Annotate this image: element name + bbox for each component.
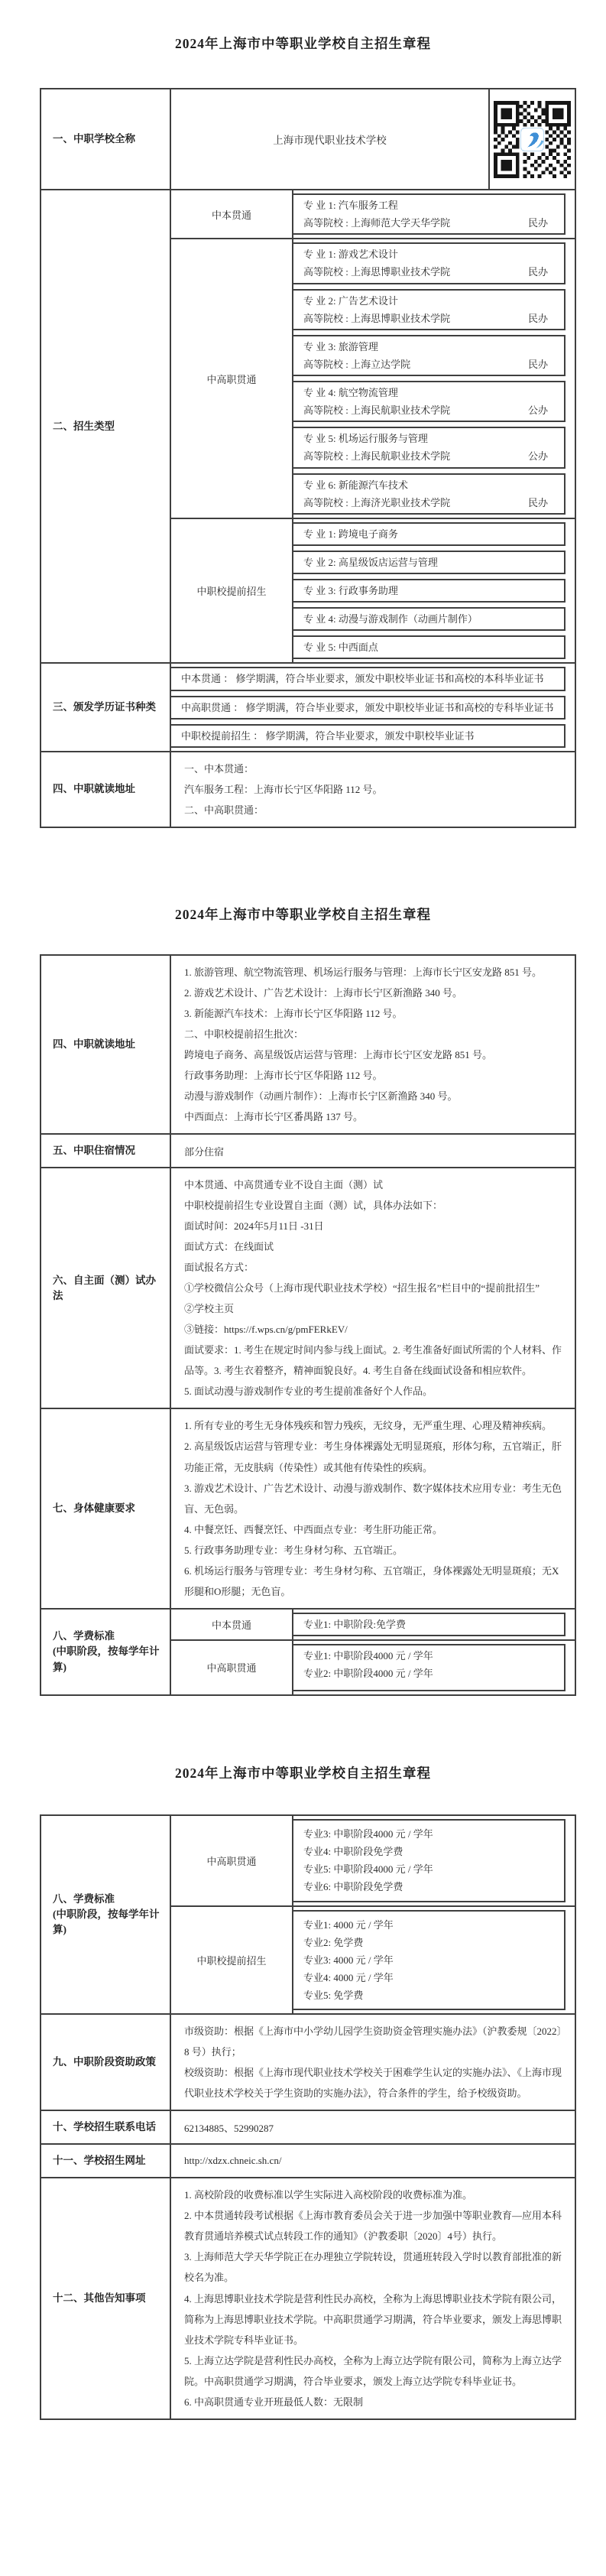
row-phone: 十、学校招生联系电话 62134885、52990287 — [41, 2110, 575, 2143]
interview-line: 中本贯通、中高贯通专业不设自主面（测）试 — [184, 1174, 567, 1195]
major-box: 专 业 1: 游戏艺术设计 高等院校 : 上海思博职业技术学院民办 — [292, 242, 565, 284]
major-box: 专 业 5: 中西面点 — [292, 635, 565, 659]
enrollment-types-label: 二、招生类型 — [41, 190, 171, 662]
tuition-label: 八、学费标准 (中职阶段，按每学年计算) — [41, 1816, 171, 2013]
health-line: 5. 行政事务助理专业：考生身材匀称、五官端正。 — [184, 1540, 567, 1561]
row-address-p1: 四、中职就读地址 一、中本贯通： 汽车服务工程：上海市长宁区华阳路 112 号。… — [41, 751, 575, 827]
group-tiqian: 中职校提前招生 专 业 1: 跨境电子商务 专 业 2: 高星级饭店运营与管理 … — [171, 518, 575, 663]
certificate-box: 中本贯通 ： 修学期满，符合毕业要求，颁发中职校毕业证书和高校的本科毕业证书 — [170, 667, 565, 690]
major-box: 专 业 2: 高星级饭店运营与管理 — [292, 551, 565, 574]
address-line: 2. 游戏艺术设计、广告艺术设计：上海市长宁区新渔路 340 号。 — [184, 983, 567, 1003]
major-box: 专 业 5: 机场运行服务与管理 高等院校 : 上海民航职业技术学院公办 — [292, 427, 565, 468]
group-type-zhongben: 中本贯通 — [171, 190, 293, 238]
certificates-label: 三、颁发学历证书种类 — [41, 664, 171, 750]
address-line: 二、中高职贯通： — [184, 800, 567, 820]
major-box: 专 业 1: 汽车服务工程 高等院校 : 上海师范大学天华学院民办 — [292, 193, 565, 235]
document-title: 2024年上海市中等职业学校自主招生章程 — [0, 34, 606, 53]
address-content-p1: 一、中本贯通： 汽车服务工程：上海市长宁区华阳路 112 号。 二、中高职贯通： — [171, 752, 575, 827]
charter-table-page1: 一、中职学校全称 上海市现代职业技术学校 二、招生类型 中本 — [40, 88, 576, 828]
group-zhongben: 中本贯通 专 业 1: 汽车服务工程 高等院校 : 上海师范大学天华学院民办 — [171, 190, 575, 238]
document-title: 2024年上海市中等职业学校自主招生章程 — [0, 905, 606, 924]
health-requirements-content: 1. 所有专业的考生无身体残疾和智力残疾，无纹身，无严重生理、心理及精神疾病。 … — [171, 1409, 575, 1607]
interview-method-label: 六、自主面（测）试办法 — [41, 1168, 171, 1408]
major-box: 专 业 2: 广告艺术设计 高等院校 : 上海思博职业技术学院民办 — [292, 289, 565, 330]
major-box: 专 业 6: 新能源汽车技术 高等院校 : 上海济光职业技术学院民办 — [292, 473, 565, 515]
interview-line: 5. 面试动漫与游戏制作专业的考生提前准备好个人作品。 — [184, 1381, 567, 1402]
tuition-box: 专业1: 4000 元 / 学年 专业2: 免学费 专业3: 4000 元 / … — [292, 1910, 565, 2011]
admissions-url-link[interactable]: http://xdzx.chneic.sh.cn/ — [171, 2145, 575, 2177]
charter-table-page3: 八、学费标准 (中职阶段，按每学年计算) 中高职贯通 专业3: 中职阶段4000… — [40, 1814, 576, 2420]
interview-line: 中职校提前招生专业设置自主面（测）试，具体办法如下： — [184, 1195, 567, 1216]
row-financial-aid: 九、中职阶段资助政策 市级资助：根据《上海市中小学幼儿园学生资助资金管理实施办法… — [41, 2013, 575, 2110]
other-notices-label: 十二、其他告知事项 — [41, 2178, 171, 2418]
certificate-box: 中职校提前招生 ： 修学期满，符合毕业要求，颁发中职校毕业证书 — [170, 724, 565, 748]
row-enrollment-types: 二、招生类型 中本贯通 专 业 1: 汽车服务工程 高等院校 : 上海师范大学天… — [41, 189, 575, 662]
notice-line: 2. 中本贯通转段考试根据《上海市教育委员会关于进一步加强中等职业教育—应用本科… — [184, 2205, 567, 2246]
certificates-content: 中本贯通 ： 修学期满，符合毕业要求，颁发中职校毕业证书和高校的本科毕业证书 中… — [171, 664, 575, 750]
address-line: 汽车服务工程：上海市长宁区华阳路 112 号。 — [184, 779, 567, 800]
interview-line: 面试报名方式： — [184, 1257, 567, 1278]
health-line: 3. 游戏艺术设计、广告艺术设计、动漫与游戏制作、数字媒体技术应用专业：考生无色… — [184, 1478, 567, 1519]
interview-line: ②学校主页 — [184, 1298, 567, 1319]
tuition-box: 专业1: 中职阶段:免学费 — [292, 1613, 565, 1636]
row-health-requirements: 七、身体健康要求 1. 所有专业的考生无身体残疾和智力残疾，无纹身，无严重生理、… — [41, 1408, 575, 1607]
page-3: 2024年上海市中等职业学校自主招生章程 八、学费标准 (中职阶段，按每学年计算… — [0, 1763, 606, 2420]
group-type-tiqian: 中职校提前招生 — [171, 519, 293, 663]
address-line: 二、中职校提前招生批次： — [184, 1024, 567, 1044]
row-certificates: 三、颁发学历证书种类 中本贯通 ： 修学期满，符合毕业要求，颁发中职校毕业证书和… — [41, 662, 575, 750]
health-line: 6. 机场运行服务与管理专业：考生身材匀称、五官端正，身体裸露处无明显斑痕；无X… — [184, 1561, 567, 1602]
tuition-group-zhonggaozhi: 中高职贯通 专业1: 中职阶段4000 元 / 学年 专业2: 中职阶段4000… — [171, 1639, 575, 1694]
health-line: 4. 中餐烹饪、西餐烹饪、中西面点专业：考生肝功能正常。 — [184, 1519, 567, 1540]
row-website: 十一、学校招生网址 http://xdzx.chneic.sh.cn/ — [41, 2143, 575, 2177]
group-type-zhonggaozhi: 中高职贯通 — [171, 239, 293, 518]
health-line: 1. 所有专业的考生无身体残疾和智力残疾，无纹身，无严重生理、心理及精神疾病。 — [184, 1415, 567, 1436]
interview-line: 面试时间：2024年5月11日 -31日 — [184, 1216, 567, 1236]
certificate-box: 中高职贯通 ： 修学期满，符合毕业要求，颁发中职校毕业证书和高校的专科毕业证书 — [170, 696, 565, 720]
tuition-group-zhongben: 中本贯通 专业1: 中职阶段:免学费 — [171, 1610, 575, 1639]
row-accommodation: 五、中职住宿情况 部分住宿 — [41, 1133, 575, 1167]
tuition-content-p3: 中高职贯通 专业3: 中职阶段4000 元 / 学年 专业4: 中职阶段免学费 … — [171, 1816, 575, 2013]
tuition-content-p2: 中本贯通 专业1: 中职阶段:免学费 中高职贯通 专业1: 中职阶段4000 元… — [171, 1610, 575, 1694]
tuition-box: 专业1: 中职阶段4000 元 / 学年 专业2: 中职阶段4000 元 / 学… — [292, 1644, 565, 1691]
enrollment-types-content: 中本贯通 专 业 1: 汽车服务工程 高等院校 : 上海师范大学天华学院民办 中… — [171, 190, 575, 662]
row-interview-method: 六、自主面（测）试办法 中本贯通、中高贯通专业不设自主面（测）试 中职校提前招生… — [41, 1167, 575, 1408]
major-box: 专 业 3: 行政事务助理 — [292, 579, 565, 603]
page-2: 2024年上海市中等职业学校自主招生章程 四、中职就读地址 1. 旅游管理、航空… — [0, 905, 606, 1696]
financial-aid-content: 市级资助：根据《上海市中小学幼儿园学生资助资金管理实施办法》（沪教委规〔2022… — [171, 2015, 575, 2110]
address-label: 四、中职就读地址 — [41, 752, 171, 827]
tuition-label: 八、学费标准 (中职阶段，按每学年计算) — [41, 1610, 171, 1694]
tuition-box: 专业3: 中职阶段4000 元 / 学年 专业4: 中职阶段免学费 专业5: 中… — [292, 1819, 565, 1902]
address-line: 3. 新能源汽车技术：上海市长宁区华阳路 112 号。 — [184, 1003, 567, 1024]
row-address-p2: 四、中职就读地址 1. 旅游管理、航空物流管理、机场运行服务与管理：上海市长宁区… — [41, 956, 575, 1133]
row-tuition-p2: 八、学费标准 (中职阶段，按每学年计算) 中本贯通 专业1: 中职阶段:免学费 … — [41, 1608, 575, 1694]
school-name-value: 上海市现代职业技术学校 — [171, 89, 488, 189]
notice-line: 6. 中高职贯通专业开班最低人数：无限制 — [184, 2392, 567, 2412]
interview-line: 面试要求：1. 考生在规定时间内参与线上面试。2. 考生准备好面试所需的个人材料… — [184, 1340, 567, 1381]
address-line: 动漫与游戏制作（动画片制作）：上海市长宁区新渔路 340 号。 — [184, 1086, 567, 1106]
charter-table-page2: 四、中职就读地址 1. 旅游管理、航空物流管理、机场运行服务与管理：上海市长宁区… — [40, 954, 576, 1696]
major-box: 专 业 3: 旅游管理 高等院校 : 上海立达学院民办 — [292, 335, 565, 376]
aid-line: 校级资助：根据《上海市现代职业技术学校关于困难学生认定的实施办法》、《上海市现代… — [184, 2062, 567, 2103]
notice-line: 1. 高校阶段的收费标准以学生实际进入高校阶段的收费标准为准。 — [184, 2185, 567, 2205]
group-zhonggaozhi: 中高职贯通 专 业 1: 游戏艺术设计 高等院校 : 上海思博职业技术学院民办 … — [171, 238, 575, 518]
address-line: 跨境电子商务、高星级饭店运营与管理：上海市长宁区安龙路 851 号。 — [184, 1044, 567, 1065]
phone-label: 十、学校招生联系电话 — [41, 2111, 171, 2143]
health-requirements-label: 七、身体健康要求 — [41, 1409, 171, 1607]
address-line: 行政事务助理：上海市长宁区华阳路 112 号。 — [184, 1065, 567, 1086]
address-label: 四、中职就读地址 — [41, 956, 171, 1133]
row-tuition-p3: 八、学费标准 (中职阶段，按每学年计算) 中高职贯通 专业3: 中职阶段4000… — [41, 1816, 575, 2013]
qr-code-icon — [494, 101, 571, 178]
address-line: 一、中本贯通： — [184, 759, 567, 779]
address-line: 中西面点：上海市长宁区番禺路 137 号。 — [184, 1106, 567, 1127]
row-other-notices: 十二、其他告知事项 1. 高校阶段的收费标准以学生实际进入高校阶段的收费标准为准… — [41, 2177, 575, 2418]
financial-aid-label: 九、中职阶段资助政策 — [41, 2015, 171, 2110]
qr-center-logo — [521, 128, 544, 151]
school-name-label: 一、中职学校全称 — [41, 89, 171, 189]
notice-line: 3. 上海师范大学天华学院正在办理独立学院转设，贯通班转段入学时以教育部批准的新… — [184, 2246, 567, 2288]
document-title: 2024年上海市中等职业学校自主招生章程 — [0, 1763, 606, 1782]
tuition-group-tiqian: 中职校提前招生 专业1: 4000 元 / 学年 专业2: 免学费 专业3: 4… — [171, 1905, 575, 2014]
qr-code-cell — [488, 89, 575, 189]
major-box: 专 业 4: 航空物流管理 高等院校 : 上海民航职业技术学院公办 — [292, 381, 565, 422]
wps-form-link[interactable]: ③链接：https://f.wps.cn/g/pmFERkEV/ — [184, 1319, 567, 1340]
aid-line: 市级资助：根据《上海市中小学幼儿园学生资助资金管理实施办法》（沪教委规〔2022… — [184, 2021, 567, 2062]
interview-method-content: 中本贯通、中高贯通专业不设自主面（测）试 中职校提前招生专业设置自主面（测）试，… — [171, 1168, 575, 1408]
address-content-p2: 1. 旅游管理、航空物流管理、机场运行服务与管理：上海市长宁区安龙路 851 号… — [171, 956, 575, 1133]
tuition-group-zhonggaozhi: 中高职贯通 专业3: 中职阶段4000 元 / 学年 专业4: 中职阶段免学费 … — [171, 1816, 575, 1905]
accommodation-value: 部分住宿 — [171, 1135, 575, 1167]
address-line: 1. 旅游管理、航空物流管理、机场运行服务与管理：上海市长宁区安龙路 851 号… — [184, 962, 567, 983]
major-box: 专 业 4: 动漫与游戏制作（动画片制作） — [292, 607, 565, 631]
website-label: 十一、学校招生网址 — [41, 2145, 171, 2177]
interview-line: ①学校微信公众号（上海市现代职业技术学校）“招生报名”栏目中的“提前批招生” — [184, 1278, 567, 1298]
accommodation-label: 五、中职住宿情况 — [41, 1135, 171, 1167]
health-line: 2. 高星级饭店运营与管理专业：考生身体裸露处无明显斑痕，形体匀称，五官端正，肝… — [184, 1436, 567, 1477]
interview-line: 面试方式：在线面试 — [184, 1236, 567, 1257]
notice-line: 4. 上海思博职业技术学院是营利性民办高校，全称为上海思博职业技术学院有限公司，… — [184, 2289, 567, 2350]
row-school-name: 一、中职学校全称 上海市现代职业技术学校 — [41, 89, 575, 189]
page-1: 2024年上海市中等职业学校自主招生章程 一、中职学校全称 上海市现代职业技术学… — [0, 34, 606, 828]
phone-value: 62134885、52990287 — [171, 2111, 575, 2143]
other-notices-content: 1. 高校阶段的收费标准以学生实际进入高校阶段的收费标准为准。 2. 中本贯通转… — [171, 2178, 575, 2418]
major-box: 专 业 1: 跨境电子商务 — [292, 522, 565, 546]
notice-line: 5. 上海立达学院是营利性民办高校，全称为上海立达学院有限公司，简称为上海立达学… — [184, 2350, 567, 2392]
